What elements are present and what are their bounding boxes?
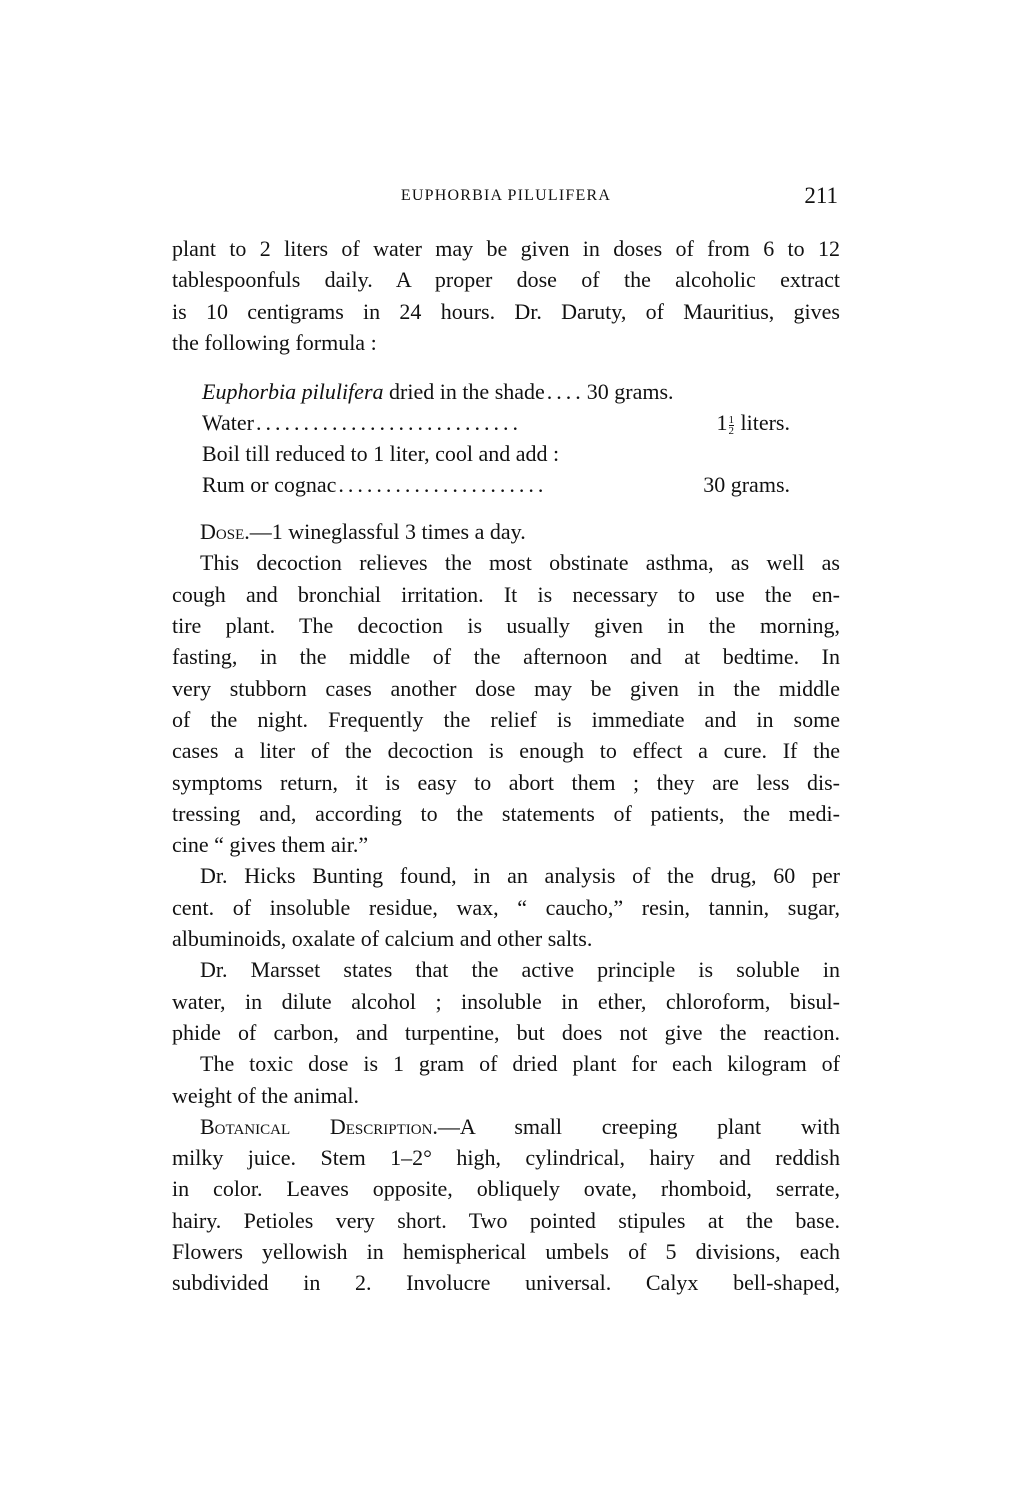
text-line: tire plant. The decoction is usually giv… — [172, 610, 840, 641]
fraction: 12 — [729, 415, 735, 436]
text-line: plant to 2 liters of water may be given … — [172, 233, 840, 264]
running-header: EUPHORBIA PILULIFERA 211 — [172, 183, 840, 213]
formula-amount: 112 liters. — [717, 407, 791, 438]
text-line: of the night. Frequently the relief is i… — [172, 704, 840, 735]
text-line: the following formula : — [172, 327, 840, 358]
book-page: EUPHORBIA PILULIFERA 211 plant to 2 lite… — [172, 183, 840, 1299]
species-name: Euphorbia pilulifera — [202, 379, 384, 404]
text-line: very stubborn cases another dose may be … — [172, 673, 840, 704]
text-line: fasting, in the middle of the afternoon … — [172, 641, 840, 672]
section-heading: Botanical Description. — [200, 1114, 438, 1139]
formula-label: dried in the shade — [384, 379, 545, 404]
intro-paragraph: plant to 2 liters of water may be given … — [172, 233, 840, 358]
dose-text: —1 wineglassful 3 times a day. — [250, 519, 526, 544]
formula-row-euphorbia: Euphorbia pilulifera dried in the shade … — [172, 376, 790, 407]
text-line: symptoms return, it is easy to abort the… — [172, 767, 840, 798]
formula-label: Rum or cognac — [202, 469, 336, 500]
running-title: EUPHORBIA PILULIFERA — [172, 187, 840, 205]
paragraph-toxic-dose: The toxic dose is 1 gram of dried plant … — [172, 1048, 840, 1111]
text-line: hairy. Petioles very short. Two pointed … — [172, 1205, 840, 1236]
paragraph-botanical-description: Botanical Description.—A small creeping … — [172, 1111, 840, 1299]
text-line: weight of the animal. — [172, 1080, 840, 1111]
paragraph-marsset: Dr. Marsset states that the active princ… — [172, 954, 840, 1048]
dose-line: Dose.—1 wineglassful 3 times a day. — [172, 516, 840, 547]
text-line: Flowers yellowish in hemispherical umbel… — [172, 1236, 840, 1267]
dose-label: Dose. — [200, 519, 250, 544]
formula-label: Water — [202, 407, 254, 438]
text-line: The toxic dose is 1 gram of dried plant … — [172, 1048, 840, 1079]
text-line: albuminoids, oxalate of calcium and othe… — [172, 923, 840, 954]
text-line: subdivided in 2. Involucre universal. Ca… — [172, 1267, 840, 1298]
text-line: cases a liter of the decoction is enough… — [172, 735, 840, 766]
text-line: cine “ gives them air.” — [172, 829, 840, 860]
formula-row-rum: Rum or cognac ...................... 30 … — [172, 469, 790, 500]
text-line: phide of carbon, and turpentine, but doe… — [172, 1017, 840, 1048]
leader-dots: ...................... — [336, 469, 703, 500]
leader-dots: .... — [545, 376, 587, 407]
text-line: cough and bronchial irritation. It is ne… — [172, 579, 840, 610]
paragraph-decoction: This decoction relieves the most obstina… — [172, 547, 840, 860]
text-line: tressing and, according to the statement… — [172, 798, 840, 829]
text-line: Dr. Hicks Bunting found, in an analysis … — [172, 860, 840, 891]
paragraph-bunting: Dr. Hicks Bunting found, in an analysis … — [172, 860, 840, 954]
text-line: is 10 centigrams in 24 hours. Dr. Daruty… — [172, 296, 840, 327]
formula-amount: 30 grams. — [703, 469, 790, 500]
formula-instruction: Boil till reduced to 1 liter, cool and a… — [172, 438, 840, 469]
formula-amount: 30 grams. — [587, 376, 674, 407]
formula-row-water: Water ............................ 112 l… — [172, 407, 790, 438]
text-line: in color. Leaves opposite, obliquely ova… — [172, 1173, 840, 1204]
leader-dots: ............................ — [254, 407, 717, 438]
formula-block: Euphorbia pilulifera dried in the shade … — [172, 376, 840, 500]
text-line: This decoction relieves the most obstina… — [172, 547, 840, 578]
page-number: 211 — [804, 183, 838, 209]
text-line: Botanical Description.—A small creeping … — [172, 1111, 840, 1142]
text-line: Dr. Marsset states that the active princ… — [172, 954, 840, 985]
text-line: tablespoonfuls daily. A proper dose of t… — [172, 264, 840, 295]
text-line: cent. of insoluble residue, wax, “ cauch… — [172, 892, 840, 923]
text-line: milky juice. Stem 1–2° high, cylindrical… — [172, 1142, 840, 1173]
text-line: water, in dilute alcohol ; insoluble in … — [172, 986, 840, 1017]
